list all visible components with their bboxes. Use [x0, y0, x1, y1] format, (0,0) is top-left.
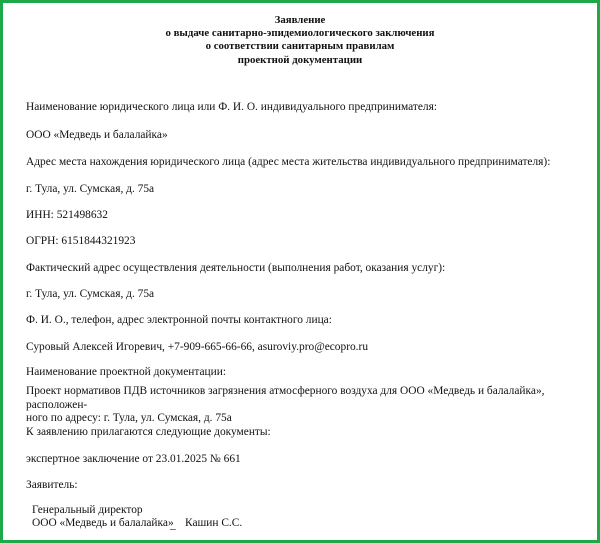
signature-position: Генеральный директор: [32, 504, 143, 517]
document-title: Заявление о выдаче санитарно-эпидемиолог…: [3, 14, 597, 67]
legal-name-value: ООО «Медведь и балалайка»: [26, 129, 168, 142]
contact-label: Ф. И. О., телефон, адрес электронной поч…: [26, 314, 332, 327]
title-line-2: о выдаче санитарно-эпидемиологического з…: [3, 27, 597, 40]
actual-address-label: Фактический адрес осуществления деятельн…: [26, 262, 445, 275]
actual-address-value: г. Тула, ул. Сумская, д. 75а: [26, 288, 154, 301]
legal-address-value: г. Тула, ул. Сумская, д. 75а: [26, 183, 154, 196]
document-frame: Заявление о выдаче санитарно-эпидемиолог…: [0, 0, 600, 543]
contact-value: Суровый Алексей Игоревич, +7-909-665-66-…: [26, 341, 368, 354]
project-doc-value: Проект нормативов ПДВ источников загрязн…: [26, 385, 586, 426]
ogrn-field: ОГРН: 6151844321923: [26, 235, 135, 248]
attachments-value: экспертное заключение от 23.01.2025 № 66…: [26, 453, 241, 466]
project-doc-line-2: ного по адресу: г. Тула, ул. Сумская, д.…: [26, 412, 586, 426]
title-line-3: о соответствии санитарным правилам: [3, 40, 597, 53]
signature-line: _: [170, 519, 176, 531]
legal-address-label: Адрес места нахождения юридического лица…: [26, 156, 550, 169]
applicant-label: Заявитель:: [26, 479, 78, 492]
signature-name: Кашин С.С.: [185, 517, 242, 530]
title-line-4: проектной документации: [3, 54, 597, 67]
legal-name-label: Наименование юридического лица или Ф. И.…: [26, 101, 437, 114]
project-doc-line-1: Проект нормативов ПДВ источников загрязн…: [26, 385, 586, 412]
inn-field: ИНН: 521498632: [26, 209, 108, 222]
attachments-label: К заявлению прилагаются следующие докуме…: [26, 426, 271, 439]
title-line-1: Заявление: [3, 14, 597, 27]
signature-org: ООО «Медведь и балалайка»: [32, 517, 174, 530]
project-doc-label: Наименование проектной документации:: [26, 366, 226, 379]
